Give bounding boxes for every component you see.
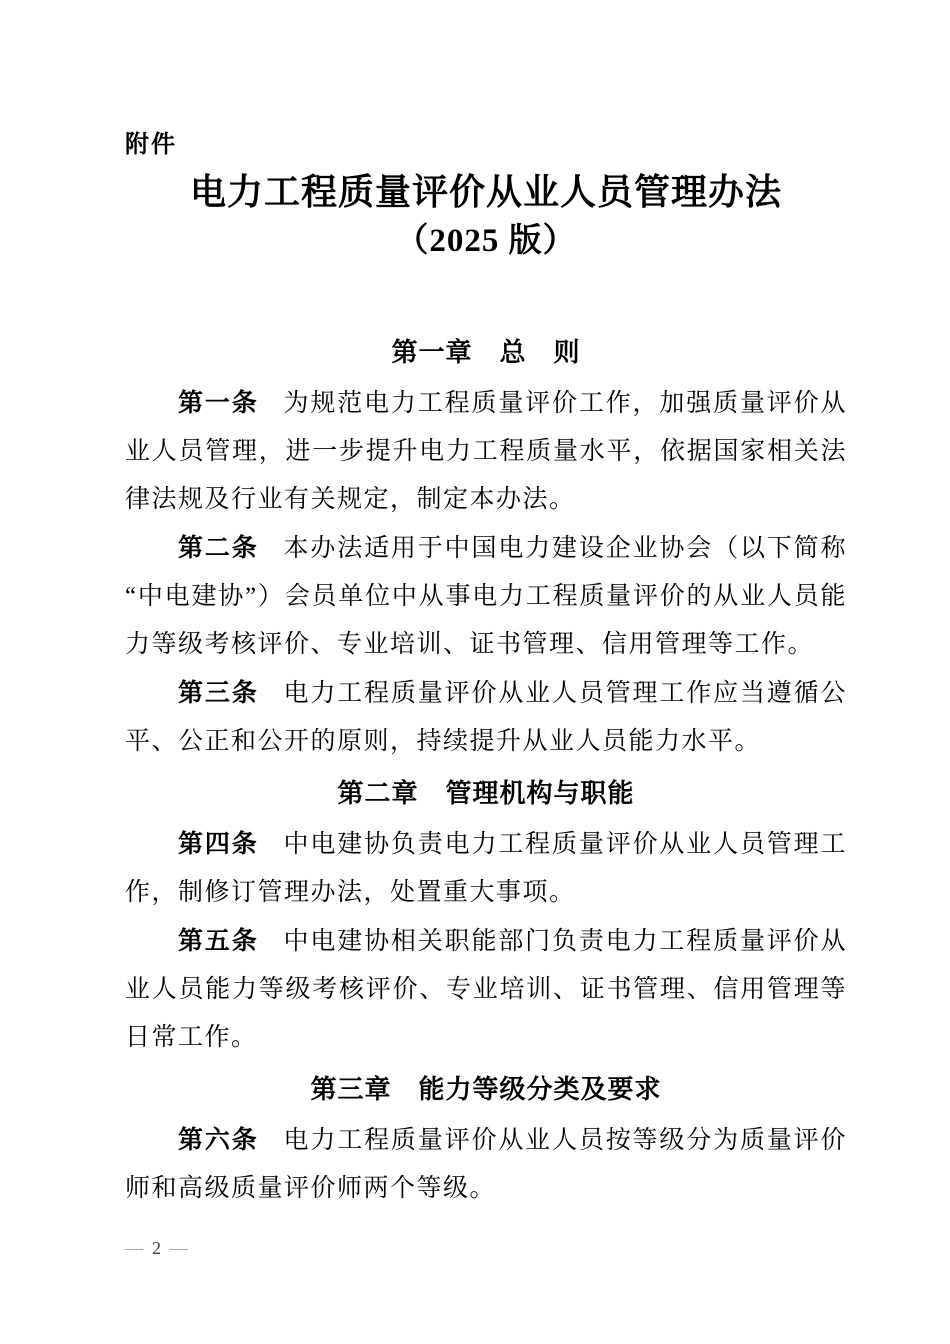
article-paragraph-3: 第三条电力工程质量评价从业人员管理工作应当遵循公平、公正和公开的原则，持续提升从… xyxy=(125,669,847,766)
article-number-label: 第一条 xyxy=(178,389,259,417)
article-paragraph-5: 第五条中电建协相关职能部门负责电力工程质量评价从业人员能力等级考核评价、专业培训… xyxy=(125,917,847,1062)
article-number-label: 第二条 xyxy=(178,534,259,562)
article-number-label: 第六条 xyxy=(178,1126,259,1154)
document-edition: （2025 版） xyxy=(125,220,847,262)
chapter-heading-3: 第三章 能力等级分类及要求 xyxy=(125,1065,847,1113)
article-number-label: 第五条 xyxy=(178,927,259,955)
page-number: 2 xyxy=(152,1238,161,1258)
document-title: 电力工程质量评价从业人员管理办法 xyxy=(125,170,847,214)
chapter-heading-2: 第二章 管理机构与职能 xyxy=(125,769,847,817)
article-paragraph-6: 第六条电力工程质量评价从业人员按等级分为质量评价师和高级质量评价师两个等级。 xyxy=(125,1116,847,1213)
article-paragraph-2: 第二条本办法适用于中国电力建设企业协会（以下简称“中电建协”）会员单位中从事电力… xyxy=(125,524,847,669)
document-content: 附件 电力工程质量评价从业人员管理办法 （2025 版） 第一章 总 则 第一条… xyxy=(125,130,847,1213)
article-number-label: 第四条 xyxy=(178,830,259,858)
footer-right-dash: — xyxy=(170,1238,188,1258)
article-paragraph-1: 第一条为规范电力工程质量评价工作，加强质量评价从业人员管理，进一步提升电力工程质… xyxy=(125,379,847,524)
page-footer: —2— xyxy=(125,1238,188,1258)
document-body: 第一章 总 则 第一条为规范电力工程质量评价工作，加强质量评价从业人员管理，进一… xyxy=(125,328,847,1213)
chapter-heading-1: 第一章 总 则 xyxy=(125,328,847,376)
footer-left-dash: — xyxy=(125,1238,143,1258)
article-paragraph-4: 第四条中电建协负责电力工程质量评价从业人员管理工作，制修订管理办法，处置重大事项… xyxy=(125,820,847,917)
article-number-label: 第三条 xyxy=(178,679,259,707)
attachment-label: 附件 xyxy=(125,130,847,160)
document-page: 附件 电力工程质量评价从业人员管理办法 （2025 版） 第一章 总 则 第一条… xyxy=(0,0,950,1344)
